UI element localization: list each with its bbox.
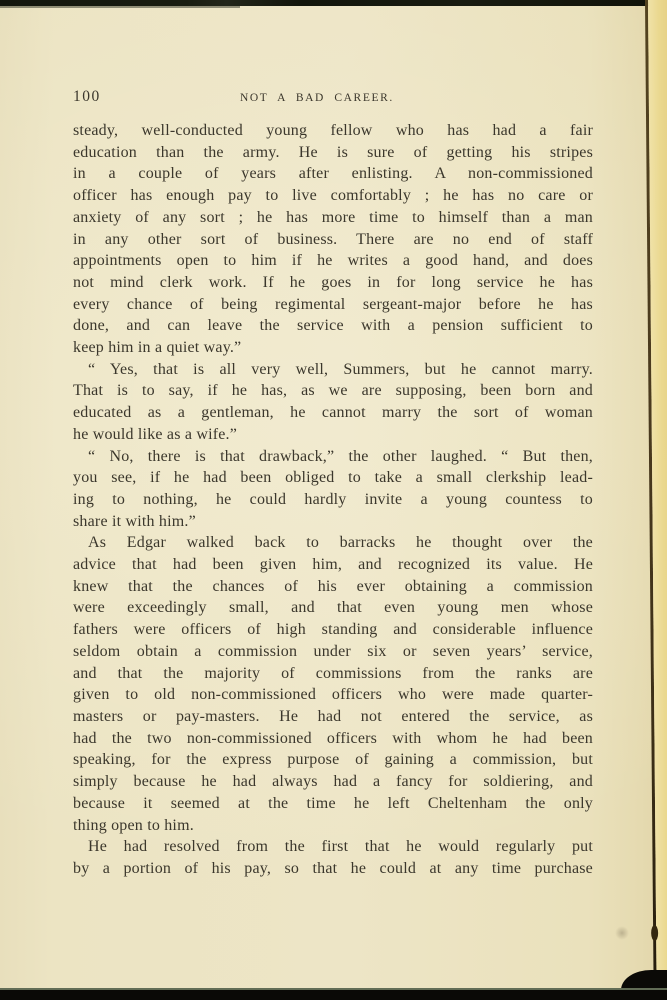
- text-line: not mind clerk work. If he goes in for l…: [73, 272, 593, 294]
- top-binding-bar: [0, 0, 667, 6]
- bottom-binding-bar: [0, 988, 667, 1000]
- text-line: keep him in a quiet way.”: [73, 337, 593, 359]
- text-line: He had resolved from the first that he w…: [73, 836, 593, 858]
- text-line: in a couple of years after enlisting. A …: [73, 163, 593, 185]
- paper-smudge: [615, 926, 629, 940]
- text-line: were exceedingly small, and that even yo…: [73, 597, 593, 619]
- text-line: appointments open to him if he writes a …: [73, 250, 593, 272]
- text-line: every chance of being regimental sergean…: [73, 294, 593, 316]
- text-line: anxiety of any sort ; he has more time t…: [73, 207, 593, 229]
- text-line: speaking, for the express purpose of gai…: [73, 749, 593, 771]
- page-body-text: steady, well-conducted young fellow who …: [73, 120, 593, 880]
- text-line: simply because he had always had a fancy…: [73, 771, 593, 793]
- text-line: you see, if he had been obliged to take …: [73, 467, 593, 489]
- text-line: in any other sort of business. There are…: [73, 229, 593, 251]
- text-line: had the two non-commissioned officers wi…: [73, 728, 593, 750]
- text-line: thing open to him.: [73, 815, 593, 837]
- text-line: seldom obtain a commission under six or …: [73, 641, 593, 663]
- text-line: share it with him.”: [73, 511, 593, 533]
- text-line: fathers were officers of high standing a…: [73, 619, 593, 641]
- text-line: because it seemed at the time he left Ch…: [73, 793, 593, 815]
- page-number: 100: [73, 88, 101, 106]
- text-line: officer has enough pay to live comfortab…: [73, 185, 593, 207]
- text-line: As Edgar walked back to barracks he thou…: [73, 532, 593, 554]
- text-line: education than the army. He is sure of g…: [73, 142, 593, 164]
- text-line: masters or pay-masters. He had not enter…: [73, 706, 593, 728]
- text-line: done, and can leave the service with a p…: [73, 315, 593, 337]
- scanned-book-page: 100 NOT A BAD CAREER. steady, well-condu…: [0, 0, 667, 1000]
- text-line: by a portion of his pay, so that he coul…: [73, 858, 593, 880]
- text-line: educated as a gentleman, he cannot marry…: [73, 402, 593, 424]
- text-line: and that the majority of commissions fro…: [73, 663, 593, 685]
- text-line: advice that had been given him, and reco…: [73, 554, 593, 576]
- text-line: “ Yes, that is all very well, Summers, b…: [73, 359, 593, 381]
- text-line: steady, well-conducted young fellow who …: [73, 120, 593, 142]
- text-line: he would like as a wife.”: [73, 424, 593, 446]
- text-line: “ No, there is that drawback,” the other…: [73, 446, 593, 468]
- edge-notch-mark: [651, 925, 658, 941]
- text-line: That is to say, if he has, as we are sup…: [73, 380, 593, 402]
- running-header: NOT A BAD CAREER.: [240, 92, 394, 104]
- text-line: knew that the chances of his ever obtain…: [73, 576, 593, 598]
- text-line: ing to nothing, he could hardly invite a…: [73, 489, 593, 511]
- text-line: given to old non-commissioned officers w…: [73, 684, 593, 706]
- page-fore-edge: [645, 0, 667, 1000]
